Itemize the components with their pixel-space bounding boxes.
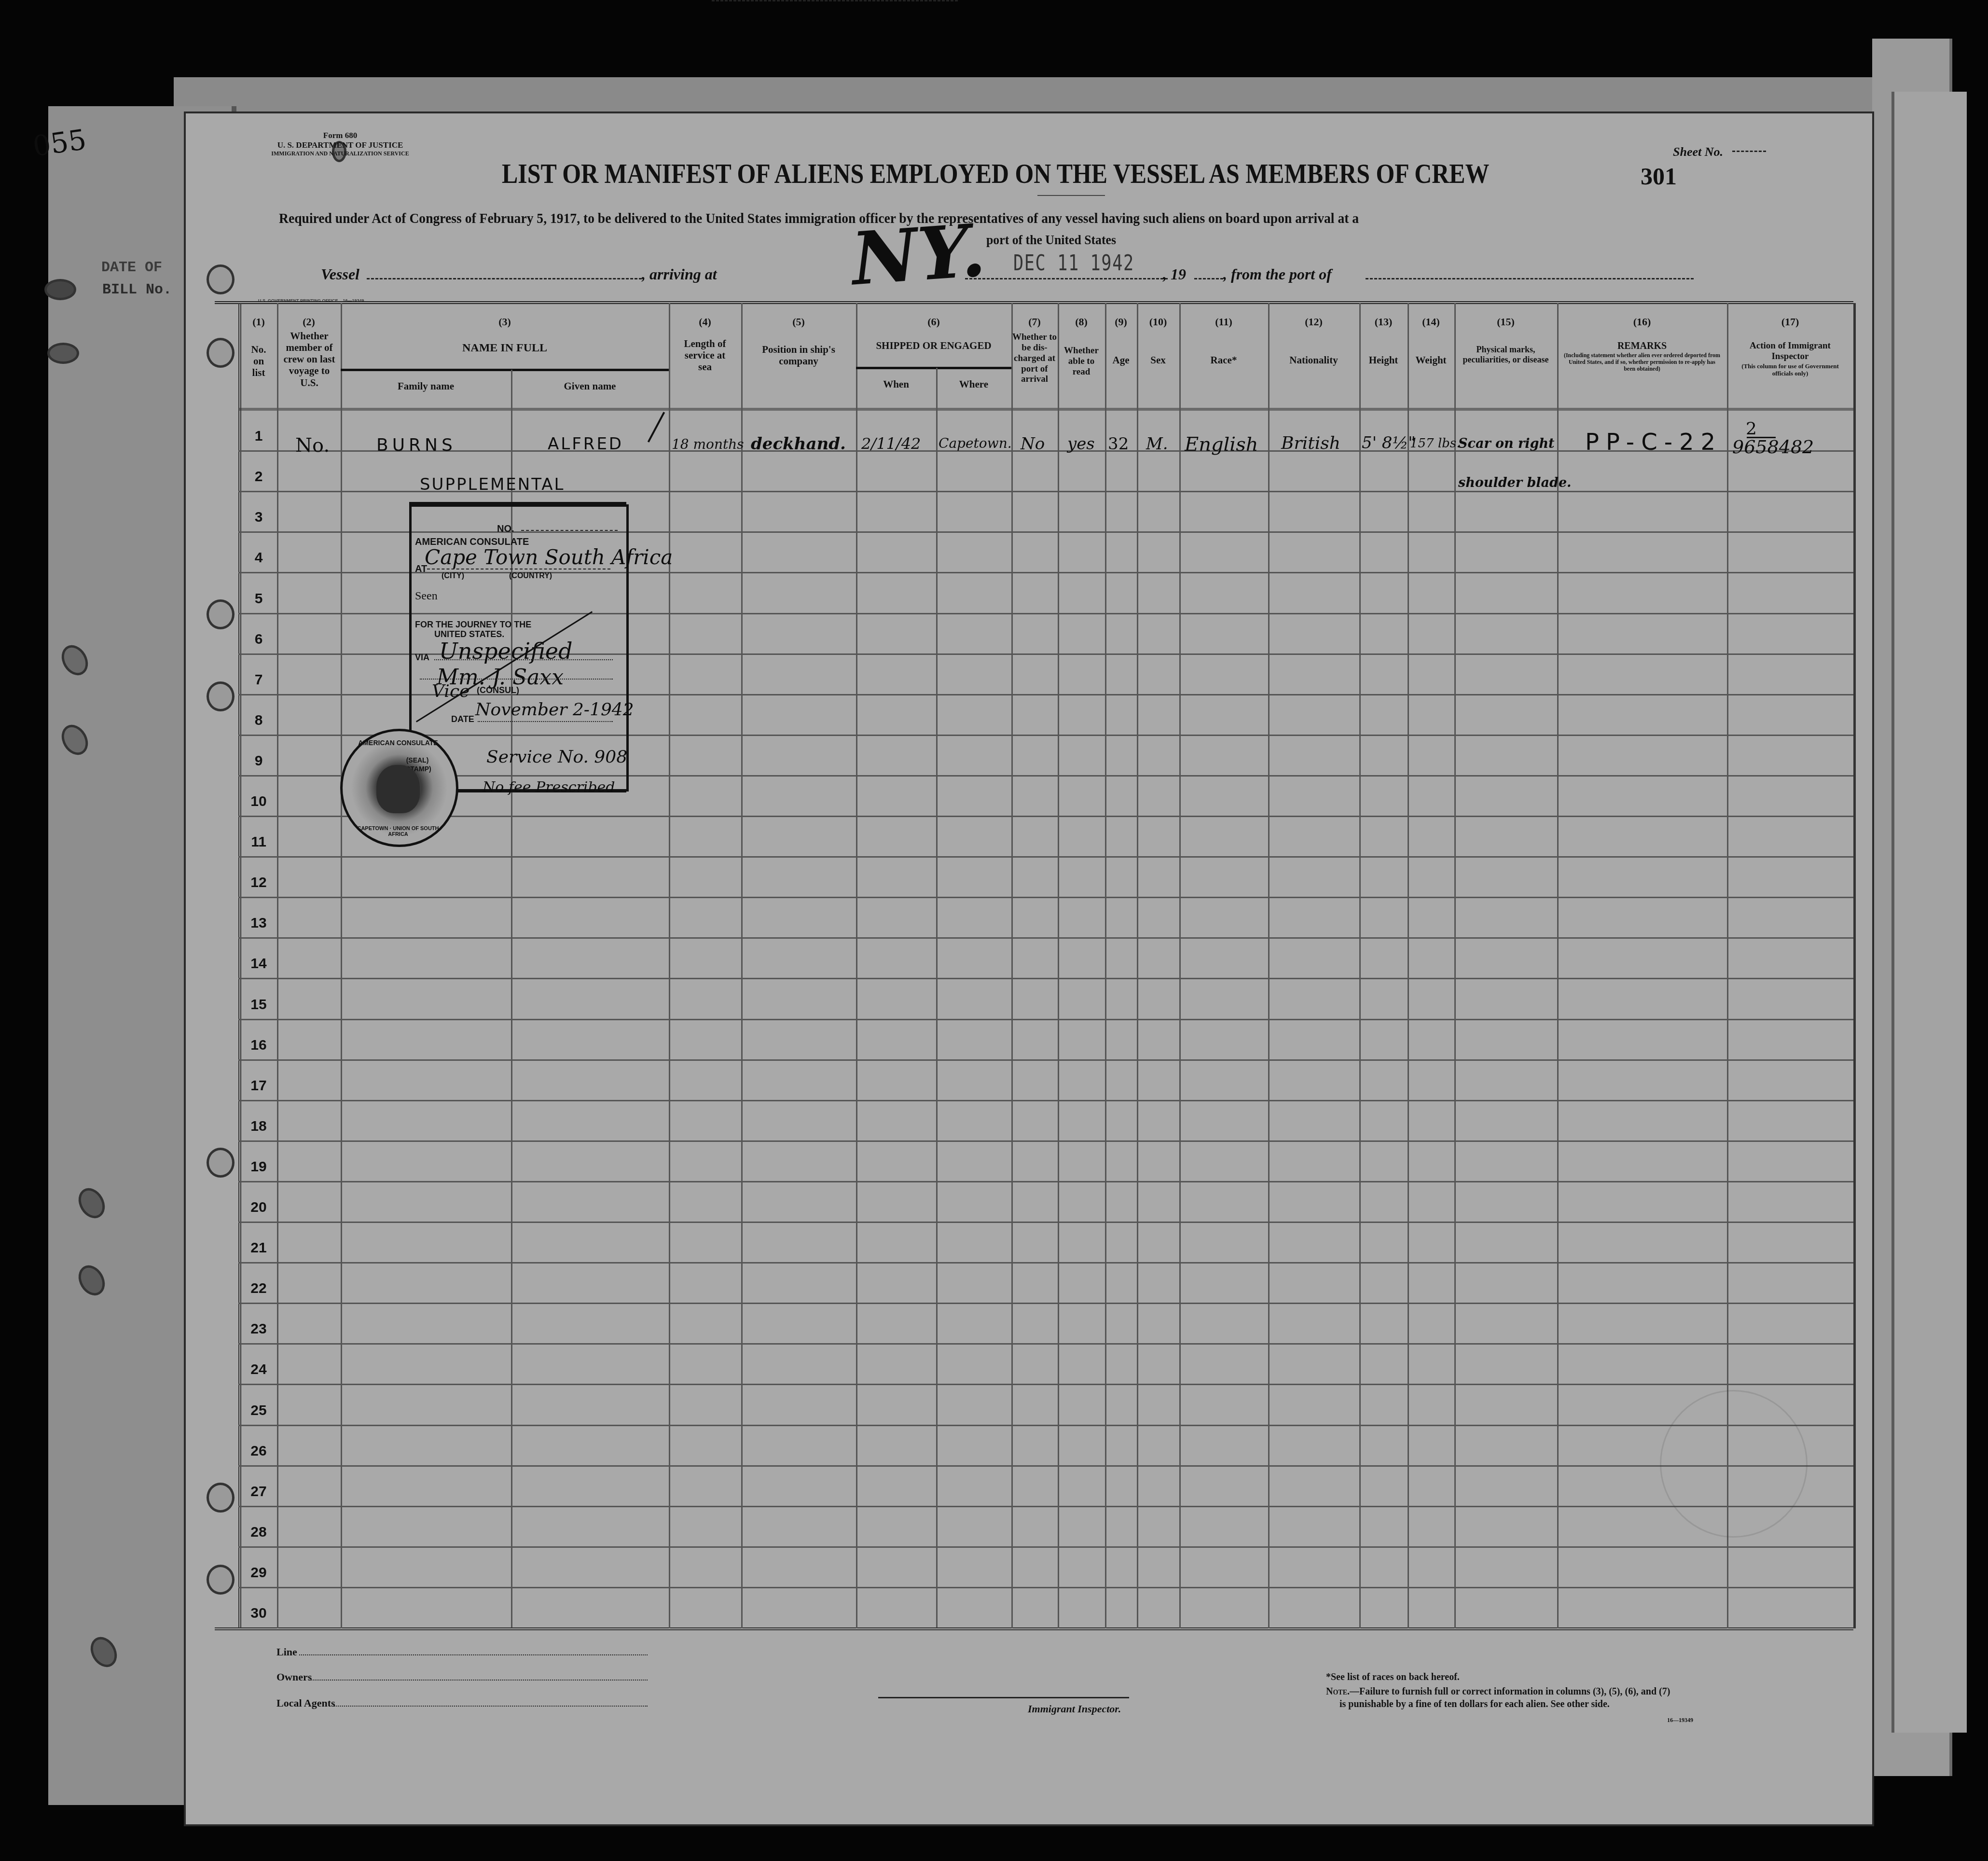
- row-number: 13: [241, 915, 276, 931]
- col-10-header: Sex: [1137, 354, 1179, 366]
- binder-hole: [44, 279, 76, 300]
- col-14-header: Weight: [1408, 354, 1454, 366]
- table-bottom-rule: [215, 1627, 1853, 1630]
- arriving-field[interactable]: [712, 0, 958, 1]
- col-12-header: Nationality: [1268, 354, 1359, 366]
- punch-hole: [207, 264, 235, 294]
- column-rule: [1011, 303, 1013, 1628]
- footer-owners-label: Owners: [276, 1671, 312, 1683]
- row-number: 22: [241, 1280, 276, 1297]
- col-1-num: (1): [241, 316, 276, 328]
- col-6-header: SHIPPED OR ENGAGED: [856, 340, 1011, 351]
- row1-inspector-action-top: 2: [1746, 419, 1757, 439]
- col-13-header: Height: [1359, 354, 1408, 366]
- row-rule: [238, 1343, 1853, 1345]
- col-2-header: Whether member of crew on last voyage to…: [281, 330, 338, 389]
- row-rule: [238, 1181, 1853, 1182]
- row1-nationality: British: [1281, 433, 1340, 453]
- row-number: 26: [241, 1443, 276, 1459]
- date-field[interactable]: [965, 278, 1168, 279]
- col-8-num: (8): [1058, 316, 1105, 328]
- row-number: 1: [241, 428, 276, 444]
- year-field[interactable]: [1194, 278, 1223, 279]
- col-10-num: (10): [1137, 316, 1179, 328]
- stamp-fee-note: No fee Prescribed: [483, 779, 615, 796]
- form-code: 16—19349: [1667, 1717, 1693, 1724]
- vessel-field[interactable]: [367, 278, 642, 279]
- punch-hole: [207, 1483, 235, 1513]
- sheet-label: Sheet No.: [1673, 145, 1723, 159]
- punch-hole: [207, 338, 235, 368]
- consulate-seal: AMERICAN CONSULATE (SEAL) (STAMP) CAPETO…: [340, 729, 458, 847]
- inspector-signature-field[interactable]: [878, 1697, 1129, 1698]
- row-number: 27: [241, 1484, 276, 1500]
- table-top-rule: [215, 301, 1853, 304]
- row-rule: [238, 1506, 1853, 1507]
- row-number: 10: [241, 793, 276, 810]
- inspector-signature-label: Immigrant Inspector.: [1028, 1703, 1121, 1715]
- col-6b-header: Where: [936, 378, 1011, 390]
- row-rule: [238, 1262, 1853, 1264]
- punch-hole: [207, 1565, 235, 1595]
- row-number: 21: [241, 1240, 276, 1256]
- row-rule: [238, 1546, 1853, 1548]
- row1-height: 5' 8½": [1362, 433, 1416, 453]
- page-title: LIST OR MANIFEST OF ALIENS EMPLOYED ON T…: [502, 157, 1490, 190]
- column-rule: [741, 303, 743, 1628]
- column-rule: [1058, 303, 1059, 1628]
- row-number: 18: [241, 1118, 276, 1135]
- col-11-header: Race*: [1179, 354, 1268, 366]
- col-3a-header: Family name: [341, 380, 511, 392]
- col-5-header: Position in ship's company: [748, 344, 849, 367]
- row-number: 4: [241, 550, 276, 566]
- col-2-num: (2): [277, 316, 341, 328]
- row-rule: [238, 897, 1853, 898]
- row-number: 8: [241, 712, 276, 729]
- arriving-label: , arriving at: [642, 265, 717, 283]
- note-text-1: —Failure to furnish full or correct info…: [1350, 1686, 1670, 1697]
- row1-discharged: No: [1021, 434, 1045, 454]
- col-4-num: (4): [669, 316, 741, 328]
- binder-hole: [47, 343, 79, 364]
- seal-top-text: AMERICAN CONSULATE: [352, 739, 444, 747]
- row-rule: [238, 856, 1853, 858]
- row-number: 11: [241, 834, 276, 850]
- column-rule: [277, 303, 278, 1628]
- row-number: 9: [241, 753, 276, 769]
- row-rule: [238, 1222, 1853, 1223]
- fine-note: Note.—Failure to furnish full or correct…: [1326, 1686, 1670, 1697]
- row-number: 15: [241, 997, 276, 1013]
- row-rule: [238, 1384, 1853, 1385]
- col-4-header: Length of service at sea: [680, 338, 730, 373]
- row2-supplemental-note: SUPPLEMENTAL: [420, 475, 565, 494]
- column-rule: [1268, 303, 1270, 1628]
- row-number: 5: [241, 591, 276, 607]
- arriving-port-value: NY.: [849, 208, 988, 302]
- fine-note-cont: is punishable by a fine of ten dollars f…: [1339, 1699, 1610, 1710]
- stamp-city-label: (CITY): [442, 572, 464, 581]
- column-rule: [1105, 303, 1106, 1628]
- consular-stamp-top-bar: [409, 502, 626, 506]
- row-number: 20: [241, 1199, 276, 1216]
- department-name: U. S. DEPARTMENT OF JUSTICE: [244, 141, 437, 150]
- col-12-num: (12): [1268, 316, 1359, 328]
- stamp-via-field: [434, 659, 613, 660]
- seal-bottom-text: CAPETOWN · UNION OF SOUTH AFRICA: [347, 826, 449, 837]
- row1-age: 32: [1108, 434, 1129, 454]
- row-rule: [238, 1019, 1853, 1020]
- row1-sex: M.: [1146, 434, 1168, 454]
- row-number: 30: [241, 1605, 276, 1622]
- sheet-number: 301: [1641, 162, 1677, 190]
- col-16-header: REMARKS: [1557, 341, 1727, 352]
- row-rule: [238, 937, 1853, 939]
- row1-able-to-read: yes: [1067, 434, 1095, 454]
- row-number: 16: [241, 1037, 276, 1054]
- row-number: 19: [241, 1159, 276, 1175]
- row1-length-of-service: 18 months: [672, 436, 744, 452]
- col-16-note: (Including statement whether alien ever …: [1563, 352, 1721, 372]
- col-7-header: Whether to be dis-charged at port of arr…: [1012, 332, 1057, 385]
- from-port-field[interactable]: [1366, 278, 1694, 279]
- row1-remarks: PP-C-22: [1585, 429, 1722, 456]
- footer-line-field[interactable]: [299, 1654, 648, 1655]
- column-rule: [1179, 303, 1181, 1628]
- punch-hole: [207, 1148, 235, 1178]
- col-7-num: (7): [1011, 316, 1058, 328]
- seal-label: (SEAL): [396, 756, 439, 764]
- row1-race: English: [1185, 433, 1258, 456]
- row-rule: [238, 816, 1853, 817]
- col-9-header: Age: [1105, 354, 1137, 366]
- row-number: 7: [241, 672, 276, 688]
- col-16-num: (16): [1557, 316, 1727, 328]
- from-port-label: , from the port of: [1223, 265, 1332, 283]
- row-rule: [238, 1465, 1853, 1467]
- note-label: Note.: [1326, 1686, 1350, 1697]
- col-3-num: (3): [341, 316, 669, 328]
- stamp-country-label: (COUNTRY): [509, 572, 552, 581]
- column-rule: [1557, 303, 1559, 1628]
- stamp-consul-prefix: Vice: [432, 681, 469, 701]
- name-subheader-rule: [341, 369, 669, 371]
- col-1-header: No. on list: [241, 344, 276, 378]
- row-rule: [238, 1140, 1853, 1142]
- form-number: Form 680: [268, 131, 413, 140]
- title-underline: [1037, 195, 1105, 196]
- footer-agents-label: Local Agents: [276, 1697, 335, 1709]
- subtitle-port: port of the United States: [986, 233, 1116, 248]
- row-number: 28: [241, 1524, 276, 1541]
- row1-shipped-where: Capetown.: [939, 435, 1012, 451]
- col-9-num: (9): [1105, 316, 1137, 328]
- stamp-no-field: [521, 530, 618, 531]
- underlying-stamp: [1660, 1390, 1808, 1538]
- col-3b-header: Given name: [511, 380, 669, 392]
- row-number: 25: [241, 1403, 276, 1419]
- stamp-date-value: November 2-1942: [475, 700, 634, 720]
- col-15-num: (15): [1454, 316, 1557, 328]
- col-17-note: (This column for use of Government offic…: [1739, 363, 1841, 377]
- stamp-no-label: NO.: [497, 524, 514, 535]
- row1-shipped-when: 2/11/42: [861, 434, 921, 453]
- row-number: 2: [241, 469, 276, 485]
- column-rule: [1359, 303, 1361, 1628]
- stamp-at-value: Cape Town South Africa: [425, 545, 673, 569]
- column-rule: [341, 303, 342, 1628]
- vessel-label: Vessel: [321, 265, 359, 283]
- subtitle-requirement: Required under Act of Congress of Februa…: [279, 210, 1359, 227]
- row-number: 23: [241, 1321, 276, 1337]
- column-rule: [1408, 303, 1409, 1628]
- col-11-num: (11): [1179, 316, 1268, 328]
- row1-position: deckhand.: [751, 434, 846, 454]
- row-number: 6: [241, 631, 276, 648]
- column-rule: [1137, 303, 1138, 1628]
- col-15-header: Physical marks, peculiarities, or diseas…: [1459, 345, 1552, 364]
- row1-family-name: BURNS: [376, 435, 456, 455]
- punch-hole: [207, 599, 235, 629]
- row-rule: [238, 1303, 1853, 1304]
- row2-physical-marks-cont: shoulder blade.: [1458, 475, 1572, 490]
- row1-weight: 157 lbs.: [1410, 436, 1460, 451]
- stamp-journey-label-1: FOR THE JOURNEY TO THE: [415, 620, 531, 630]
- footer-line-label: Line: [276, 1646, 297, 1658]
- row-number: 29: [241, 1565, 276, 1581]
- row-rule: [238, 1100, 1853, 1101]
- row1-last-voyage: No.: [295, 434, 330, 457]
- column-rule: [669, 303, 670, 1628]
- row-number: 17: [241, 1078, 276, 1094]
- sheet-line: [1732, 151, 1766, 152]
- row-rule: [238, 978, 1853, 979]
- table-right-rule: [1853, 303, 1856, 1628]
- stamp-date-label: DATE: [451, 714, 474, 724]
- col-8-header: Whether able to read: [1059, 346, 1104, 377]
- stamp-service-no: Service No. 908: [486, 747, 627, 767]
- col-13-num: (13): [1359, 316, 1408, 328]
- race-note: *See list of races on back hereof.: [1326, 1672, 1460, 1683]
- row-number: 14: [241, 956, 276, 972]
- stamp-via-label: VIA: [415, 653, 429, 663]
- row-rule: [238, 1587, 1853, 1588]
- eagle-emblem-icon: [376, 765, 420, 813]
- col-6-num: (6): [856, 316, 1011, 328]
- stamp-consul-field: [420, 679, 613, 680]
- col-6a-header: When: [856, 378, 936, 390]
- row1-given-name: ALFRED: [548, 434, 623, 454]
- column-rule: [856, 303, 857, 1628]
- underlying-label-date: DATE OF: [101, 260, 162, 276]
- shipped-split-rule: [936, 368, 938, 1627]
- col-3-header: NAME IN FULL: [341, 342, 669, 355]
- column-rule: [1454, 303, 1456, 1628]
- col-14-num: (14): [1408, 316, 1454, 328]
- footer-agents-field[interactable]: [333, 1706, 648, 1707]
- underlying-sheet-right-2: [1891, 92, 1967, 1733]
- service-name: IMMIGRATION AND NATURALIZATION SERVICE: [244, 151, 437, 157]
- stamp-seen-label: Seen: [415, 590, 438, 603]
- stamp-consul-label: (CONSUL): [477, 685, 519, 695]
- row-number: 24: [241, 1361, 276, 1378]
- header-bottom-rule: [238, 408, 1853, 411]
- col-5-num: (5): [741, 316, 856, 328]
- row-rule: [238, 1425, 1853, 1426]
- row-rule: [238, 1059, 1853, 1061]
- stamp-date-field: [478, 721, 613, 722]
- date-stamp: DEC 11 1942: [1013, 251, 1134, 276]
- punch-hole: [207, 681, 235, 711]
- col-17-num: (17): [1727, 316, 1853, 328]
- row-number: 3: [241, 509, 276, 526]
- row1-inspector-action: 9658482: [1732, 436, 1814, 458]
- shipped-subheader-rule: [856, 367, 1011, 369]
- col-17-header: Action of Immigrant Inspector: [1737, 341, 1843, 362]
- underlying-label-bill: BILL No.: [102, 282, 172, 298]
- row-number: 12: [241, 875, 276, 891]
- year-label: , 19: [1163, 265, 1186, 283]
- footer-owners-field[interactable]: [309, 1680, 648, 1680]
- row1-physical-marks: Scar on right: [1458, 436, 1555, 451]
